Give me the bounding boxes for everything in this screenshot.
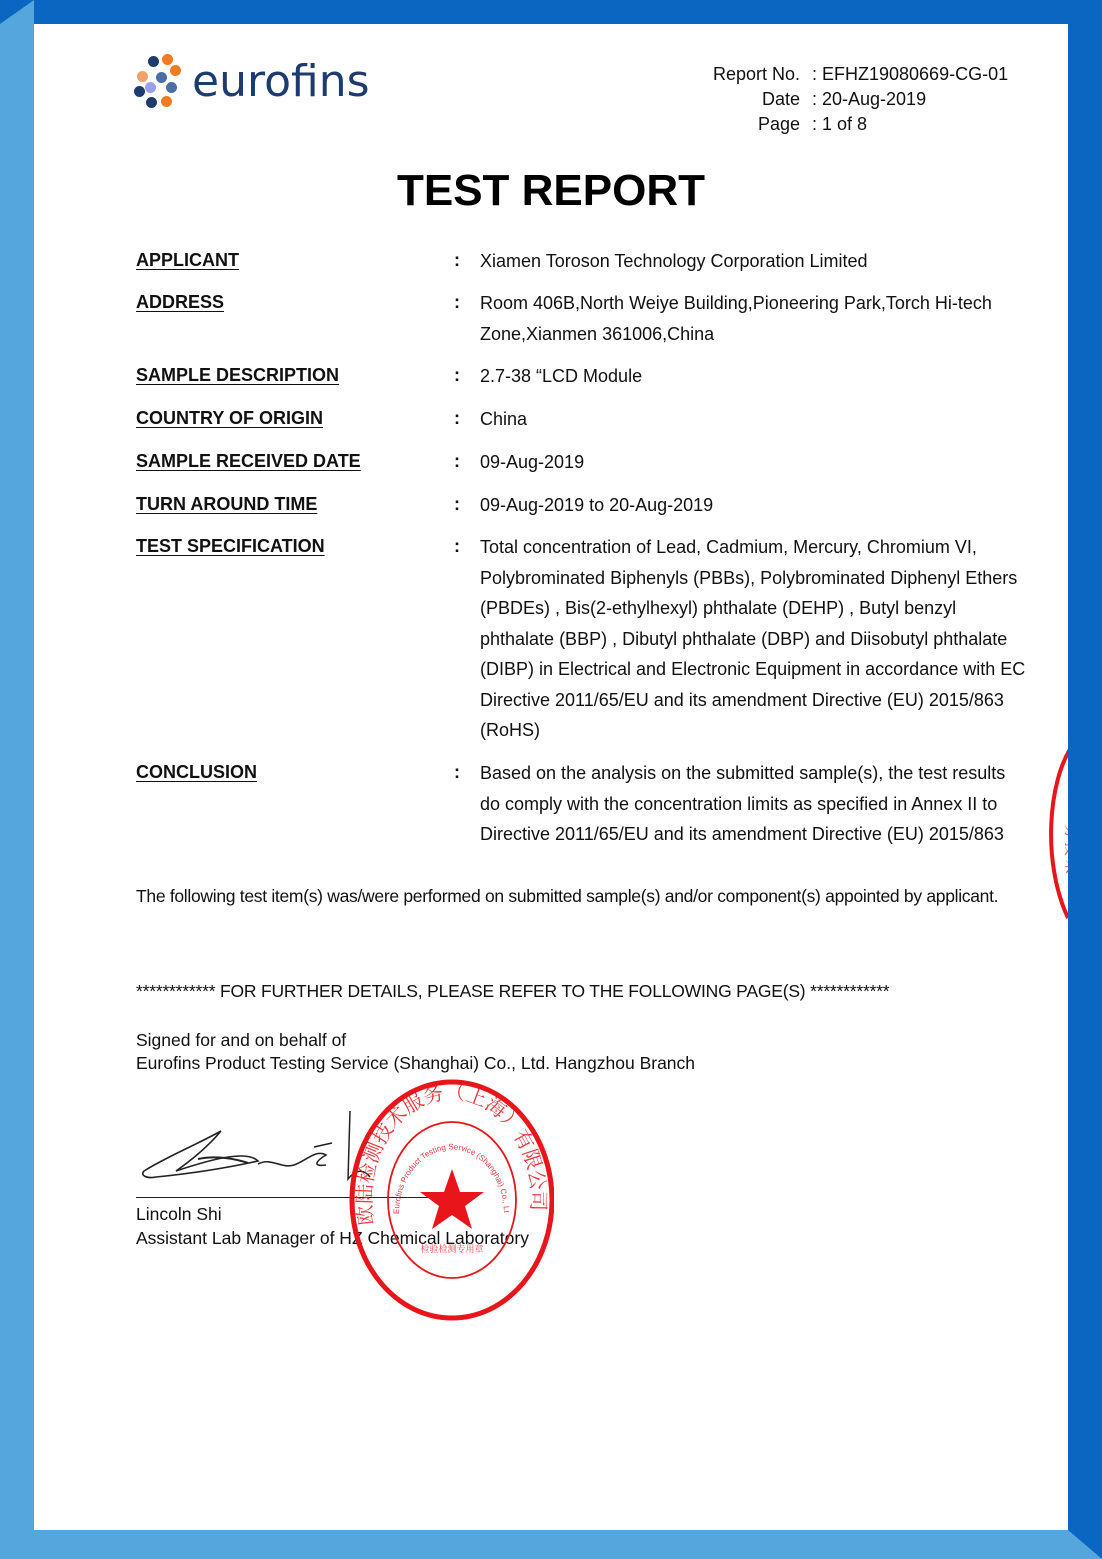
field-colon: : <box>454 494 480 521</box>
company-seal-stamp: 欧陆检测技术服务（上海）有限公司 Eurofins Product Testin… <box>344 1074 554 1324</box>
field-colon: : <box>454 408 480 435</box>
field-colon: : <box>454 762 480 850</box>
field-turn-around-time: TURN AROUND TIME : 09-Aug-2019 to 20-Aug… <box>136 494 1036 521</box>
field-label: TEST SPECIFICATION <box>136 536 454 746</box>
field-value: Total concentration of Lead, Cadmium, Me… <box>480 532 1028 746</box>
field-value: Room 406B,North Weiye Building,Pioneerin… <box>480 288 1028 349</box>
partial-seal-stamp: 务 技 术 <box>1034 742 1068 922</box>
page-number-label: Page <box>694 112 812 137</box>
field-label: SAMPLE DESCRIPTION <box>136 365 454 392</box>
report-number-label: Report No. <box>694 62 812 87</box>
report-page: eurofins Report No. : EFHZ19080669-CG-01… <box>34 24 1068 1530</box>
further-details-note: ************ FOR FURTHER DETAILS, PLEASE… <box>136 981 889 1002</box>
field-colon: : <box>454 292 480 349</box>
field-sample-received-date: SAMPLE RECEIVED DATE : 09-Aug-2019 <box>136 451 1036 478</box>
field-address: ADDRESS : Room 406B,North Weiye Building… <box>136 292 1036 349</box>
signed-on-behalf: Signed for and on behalf of Eurofins Pro… <box>136 1029 695 1075</box>
signed-line-2: Eurofins Product Testing Service (Shangh… <box>136 1052 695 1075</box>
frame-bottom-band <box>0 1530 1102 1559</box>
page-number-value: : 1 of 8 <box>812 112 867 137</box>
field-label: COUNTRY OF ORIGIN <box>136 408 454 435</box>
field-country-of-origin: COUNTRY OF ORIGIN : China <box>136 408 1036 435</box>
report-date-label: Date <box>694 87 812 112</box>
svg-text:务 技 术: 务 技 术 <box>1063 824 1068 874</box>
stamp-bottom-text: 检验检测专用章 <box>420 1243 483 1254</box>
field-value: 2.7-38 “LCD Module <box>480 361 1028 392</box>
page-number-row: Page : 1 of 8 <box>694 112 1008 137</box>
brand-name: eurofins <box>192 60 370 104</box>
field-value: 09-Aug-2019 <box>480 447 1028 478</box>
field-test-specification: TEST SPECIFICATION : Total concentration… <box>136 536 1036 746</box>
field-value: Based on the analysis on the submitted s… <box>480 758 1028 850</box>
eurofins-molecule-logo-icon <box>134 54 184 110</box>
field-label: TURN AROUND TIME <box>136 494 454 521</box>
report-meta: Report No. : EFHZ19080669-CG-01 Date : 2… <box>694 62 1008 137</box>
field-colon: : <box>454 250 480 277</box>
frame-corner-wedge <box>0 0 34 24</box>
report-number-value: : EFHZ19080669-CG-01 <box>812 62 1008 87</box>
field-applicant: APPLICANT : Xiamen Toroson Technology Co… <box>136 250 1036 277</box>
field-value: China <box>480 404 1028 435</box>
field-label: SAMPLE RECEIVED DATE <box>136 451 454 478</box>
field-label: ADDRESS <box>136 292 454 349</box>
report-date-value: : 20-Aug-2019 <box>812 87 926 112</box>
field-colon: : <box>454 451 480 478</box>
field-label: APPLICANT <box>136 250 454 277</box>
field-conclusion: CONCLUSION : Based on the analysis on th… <box>136 762 1036 850</box>
report-date-row: Date : 20-Aug-2019 <box>694 87 1008 112</box>
field-label: CONCLUSION <box>136 762 454 850</box>
field-colon: : <box>454 536 480 746</box>
test-items-note: The following test item(s) was/were perf… <box>136 886 998 907</box>
signed-line-1: Signed for and on behalf of <box>136 1029 695 1052</box>
eurofins-logo: eurofins <box>134 54 370 110</box>
field-value: 09-Aug-2019 to 20-Aug-2019 <box>480 490 1028 521</box>
page-title: TEST REPORT <box>34 166 1068 216</box>
star-icon <box>420 1169 484 1229</box>
frame-left-band <box>0 0 34 1559</box>
report-number-row: Report No. : EFHZ19080669-CG-01 <box>694 62 1008 87</box>
field-sample-description: SAMPLE DESCRIPTION : 2.7-38 “LCD Module <box>136 365 1036 392</box>
field-value: Xiamen Toroson Technology Corporation Li… <box>480 246 1028 277</box>
field-colon: : <box>454 365 480 392</box>
